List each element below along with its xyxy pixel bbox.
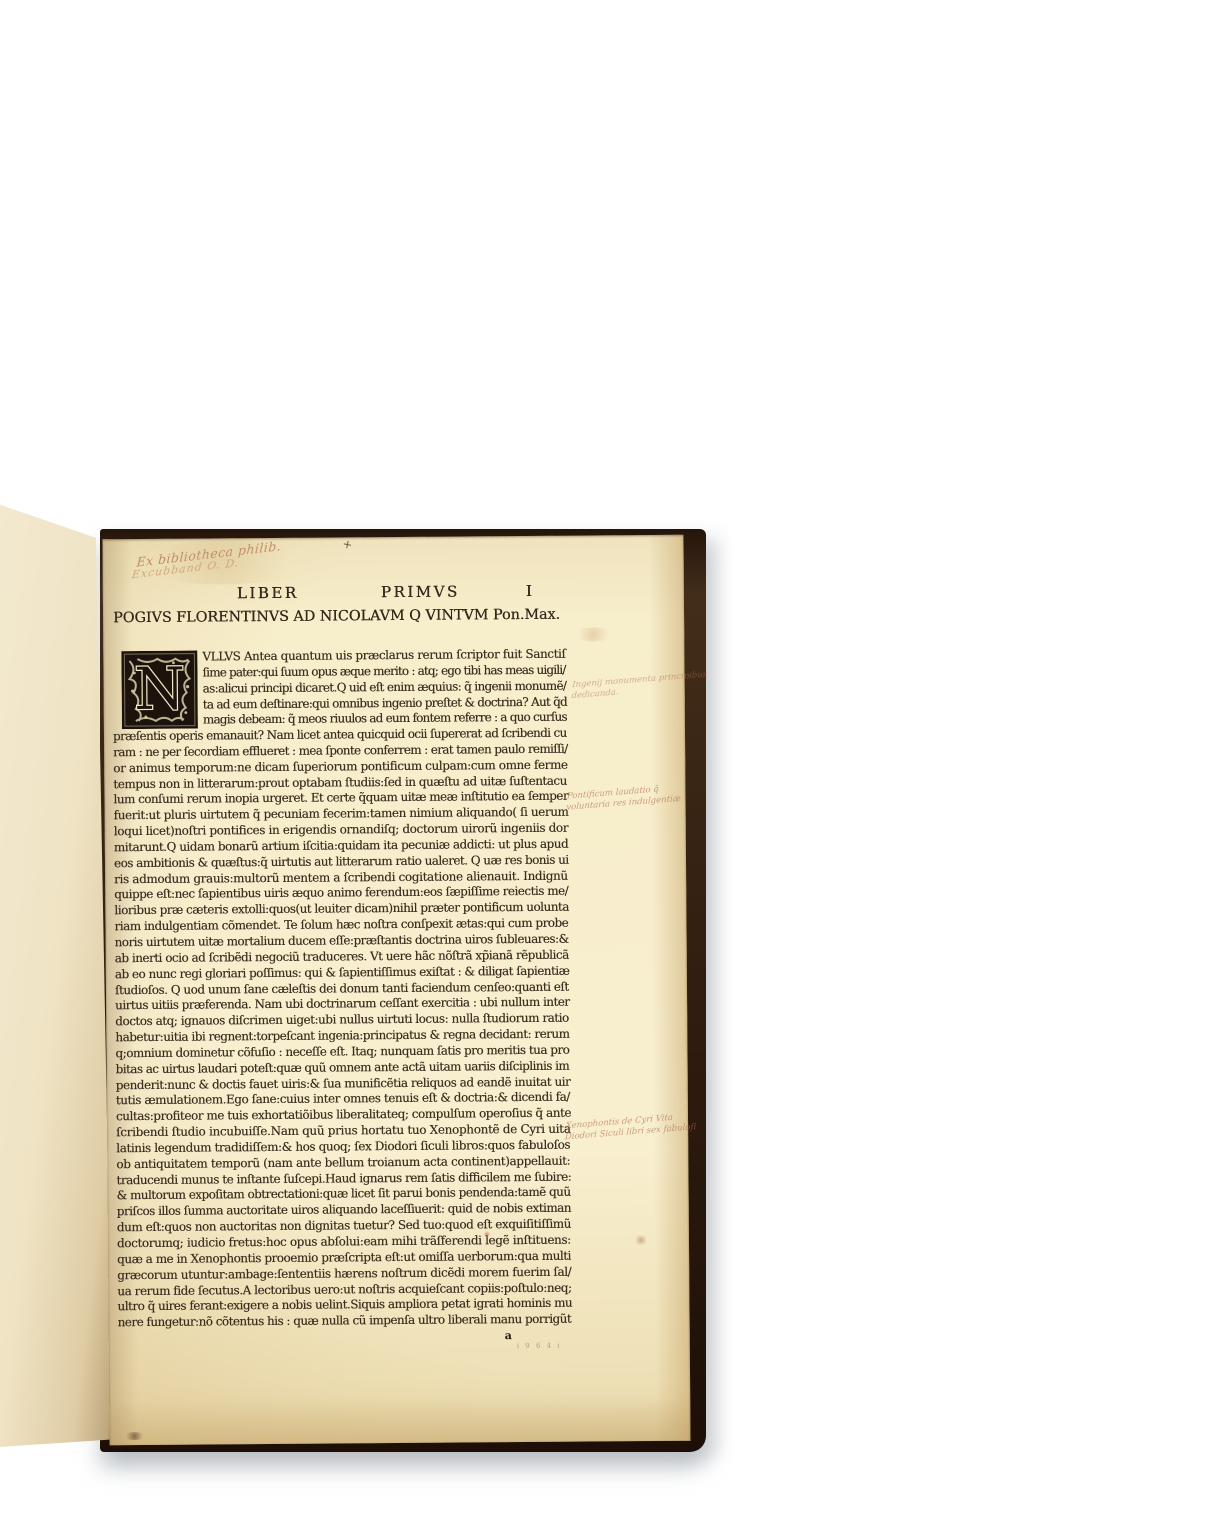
ownership-inscription: Ex bibliotheca philib. Excubband O. D. <box>136 532 338 580</box>
woodcut-initial: N <box>121 651 198 730</box>
opening-text-block: VLLVS Antea quantum uis præclarus rerum … <box>202 647 566 729</box>
text-page: Ex bibliotheca philib. Excubband O. D. +… <box>102 535 690 1446</box>
foxing-spot <box>573 627 613 641</box>
edge-smudge <box>123 1432 145 1440</box>
running-title-primus: PRIMVS <box>381 582 460 601</box>
margin-note: Xenophontis de Cyri Vita Diodori Siculi … <box>565 1111 698 1142</box>
collation-mark: + <box>341 537 354 553</box>
faint-pencil-mark: i 9 6 4 i <box>517 1342 562 1350</box>
signature-mark: a <box>505 1329 512 1342</box>
text-line: nere fungetur:nõ cõtentus his : quæ null… <box>118 1312 572 1331</box>
running-title: LIBER PRIMVS I <box>103 581 684 604</box>
decorated-initial-N: N <box>121 651 198 730</box>
foxing-spot <box>634 1235 648 1245</box>
drop-cap-letter: N <box>134 655 185 723</box>
dedication-line: POGIVS FLORENTINVS AD NICOLAVM Q VINTVM … <box>113 607 565 627</box>
flyleaf-page <box>0 497 113 1447</box>
page-number: I <box>526 582 532 600</box>
margin-note: Pontificum laudatio q̃ voluntaria res in… <box>566 783 682 813</box>
running-title-liber: LIBER <box>237 584 299 602</box>
main-text-block: præſentis operis emanauit? Nam licet ant… <box>113 726 572 1332</box>
